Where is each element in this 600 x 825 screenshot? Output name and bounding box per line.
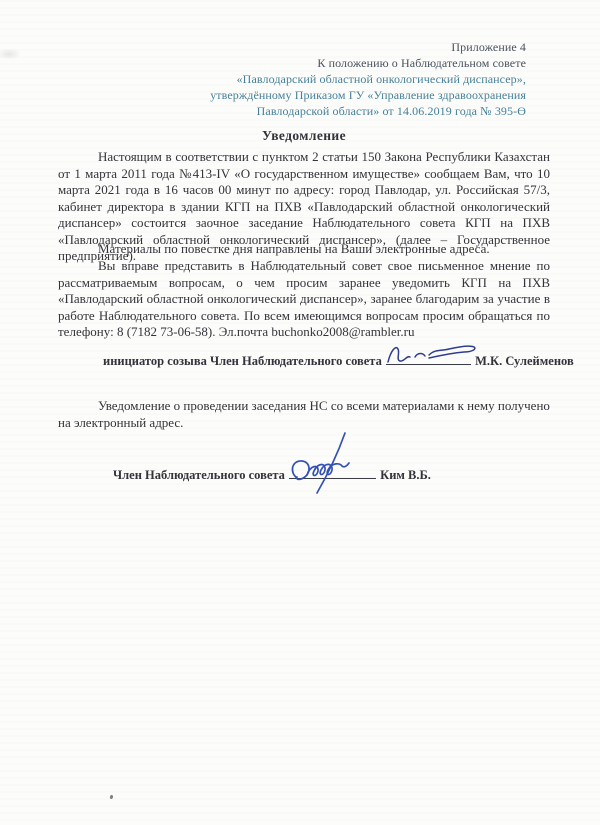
signature-row-initiator: инициатор созыва Член Наблюдательного со… <box>103 352 574 369</box>
signature-label-member: Член Наблюдательного совета <box>113 468 285 482</box>
document-title: Уведомление <box>58 128 550 144</box>
header-line-organization: «Павлодарский областной онкологический д… <box>210 71 526 87</box>
signature-row-member: Член Наблюдательного совета Ким В.Б. <box>113 466 431 483</box>
signature-name-suleimenov: М.К. Сулейменов <box>475 354 574 368</box>
document-header-block: Приложение 4 К положению о Наблюдательно… <box>210 39 526 119</box>
receipt-paragraph: Уведомление о проведении заседания НС со… <box>58 398 550 431</box>
materials-paragraph: Материалы по повестке дня направлены на … <box>58 241 550 258</box>
header-line-approved-by: утверждённому Приказом ГУ «Управление зд… <box>210 87 526 103</box>
header-line-order-number: Павлодарской области» от 14.06.2019 года… <box>210 103 526 119</box>
opinion-paragraph: Вы вправе представить в Наблюдательный с… <box>58 258 550 341</box>
scan-smudge <box>0 46 26 62</box>
kim-signature <box>285 431 389 495</box>
signature-line-initiator <box>386 352 471 365</box>
email-address: buchonko2008@rambler.ru <box>271 324 414 339</box>
suleimenov-signature-stroke <box>388 346 475 362</box>
header-line-annex: Приложение 4 <box>210 39 526 55</box>
ink-speck <box>109 795 113 800</box>
header-line-regulation: К положению о Наблюдательном совете <box>210 55 526 71</box>
suleimenov-signature <box>382 341 478 367</box>
document-page: Приложение 4 К положению о Наблюдательно… <box>0 0 600 825</box>
kim-signature-stroke <box>292 433 349 493</box>
signature-label-initiator: инициатор созыва Член Наблюдательного со… <box>103 354 382 368</box>
signature-line-member <box>289 466 376 479</box>
